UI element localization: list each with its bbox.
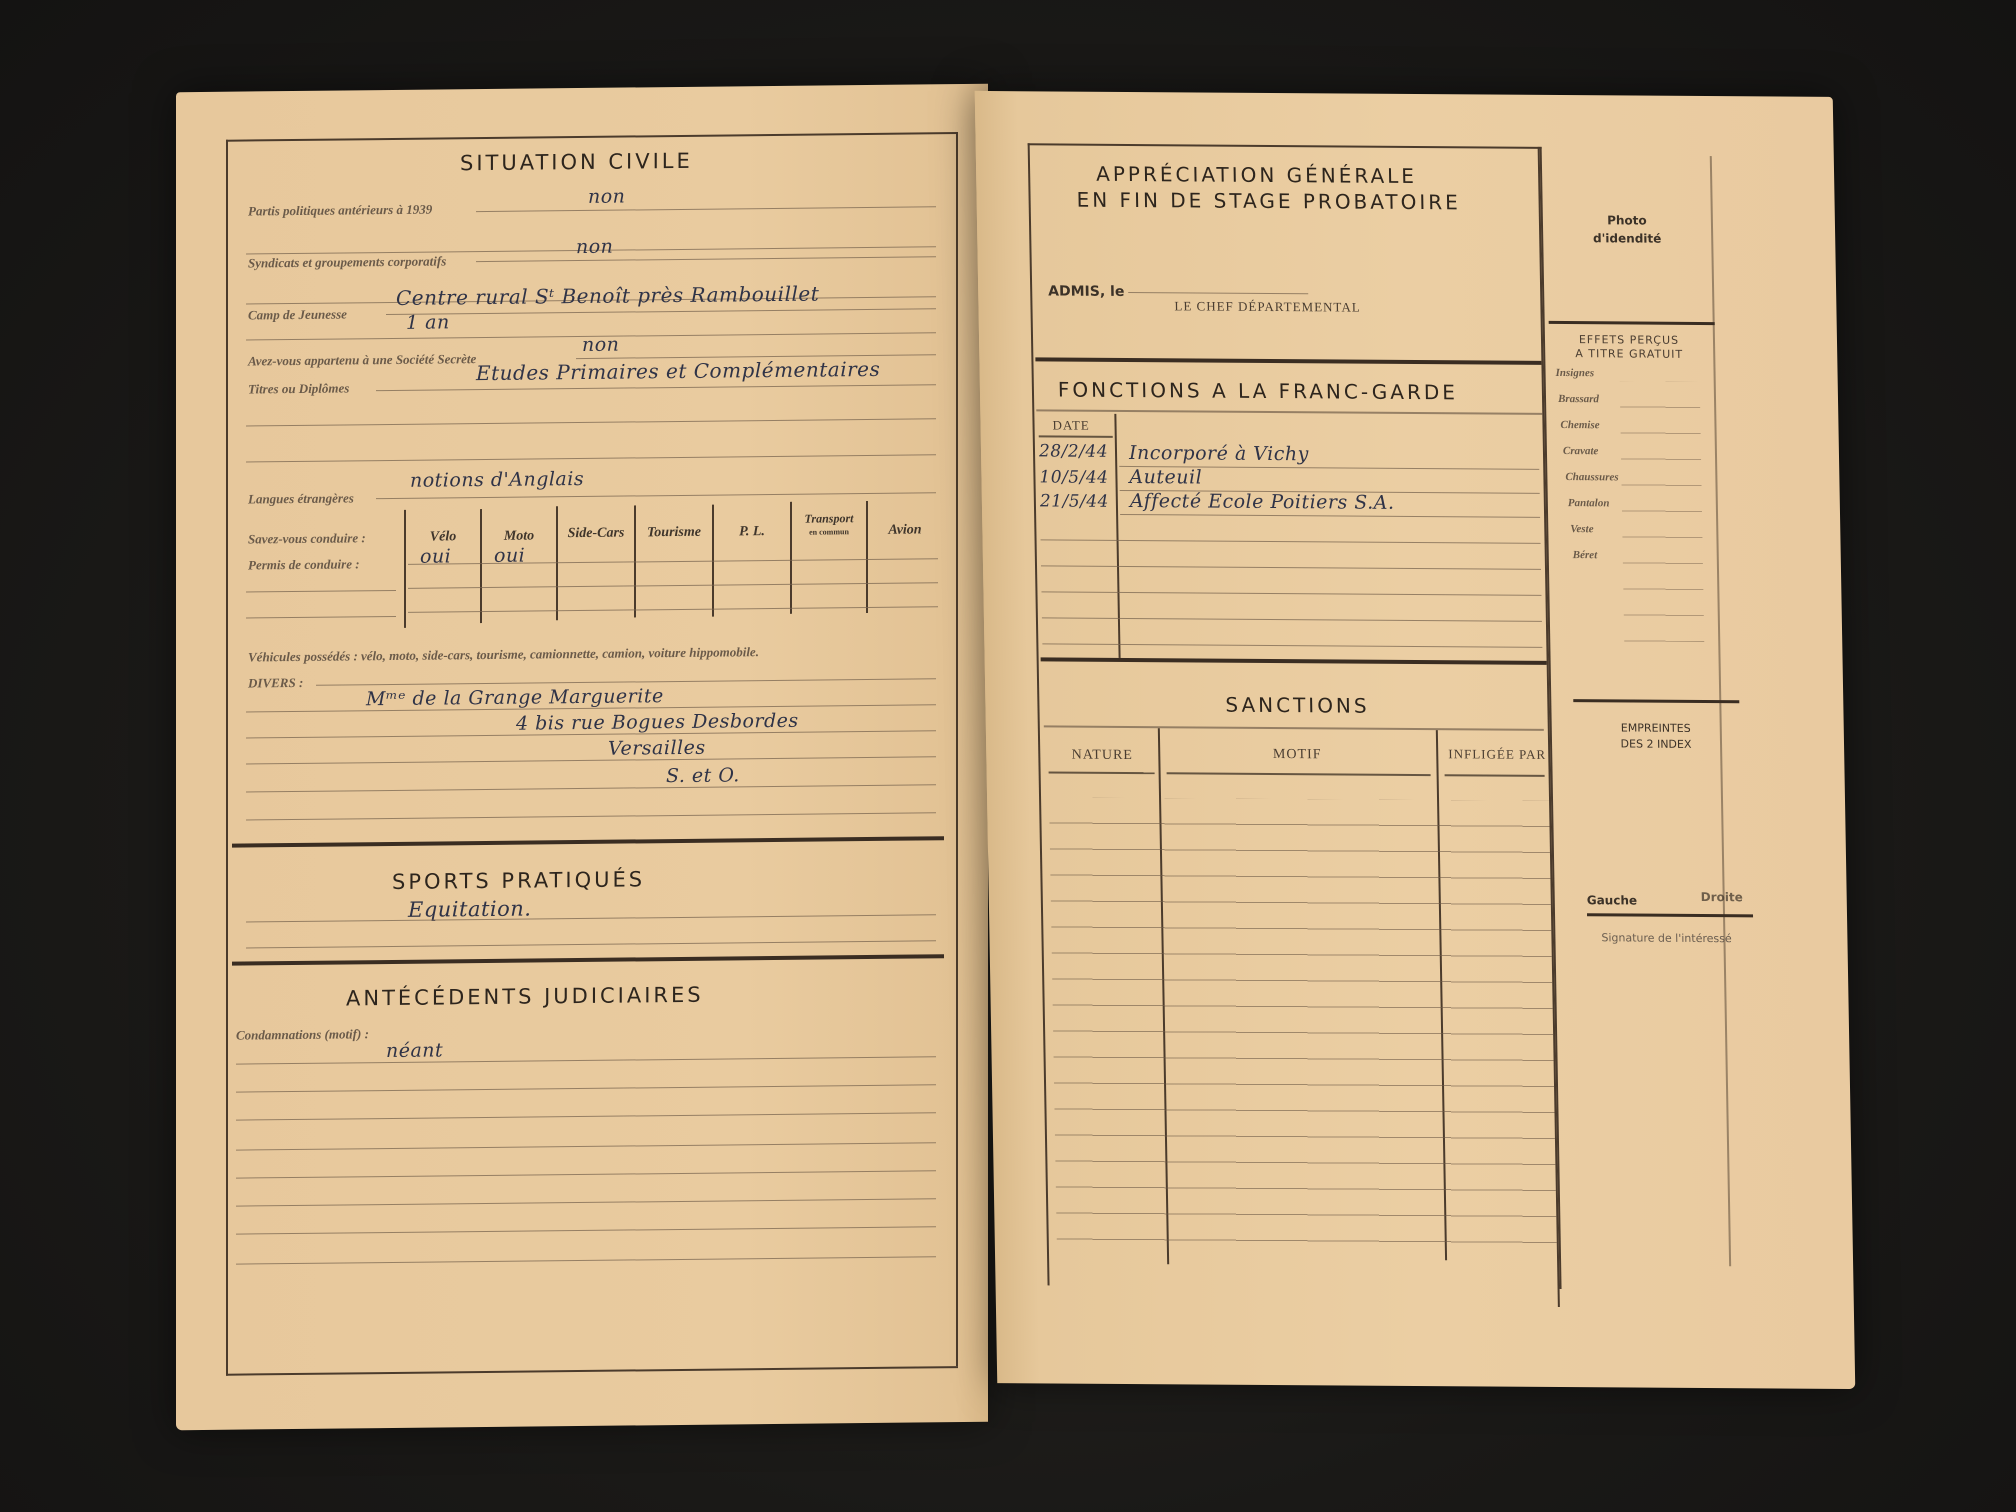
sanctions-rows (1049, 797, 1557, 1261)
empreintes-title-1: EMPREINTES (1576, 721, 1736, 735)
fonction-text-3: Affecté Ecole Poitiers S.A. (1130, 490, 1395, 514)
divers-line-4: S. et O. (666, 764, 740, 787)
driving-col-moto: Moto (482, 528, 556, 545)
antecedents-title: ANTÉCÉDENTS JUDICIAIRES (346, 983, 704, 1011)
antecedents-value: néant (386, 1039, 443, 1062)
empreintes-title-2: DES 2 INDEX (1576, 737, 1736, 751)
effet-pantalon: Pantalon (1568, 497, 1610, 509)
appreciation-title-1: APPRÉCIATION GÉNÉRALE (1096, 162, 1417, 188)
effet-beret: Béret (1573, 549, 1598, 561)
divers-line-1: Mᵐᵉ de la Grange Marguerite (366, 685, 664, 710)
fonction-date-2: 10/5/44 (1039, 467, 1108, 487)
field-label-titres: Titres ou Diplômes (248, 380, 349, 397)
appreciation-title-2: EN FIN DE STAGE PROBATOIRE (1076, 188, 1461, 215)
admis-label: ADMIS, le (1048, 283, 1124, 300)
effets-rows (1620, 381, 1705, 642)
driving-label-permis: Permis de conduire : (248, 556, 360, 573)
driving-col-velo: Vélo (406, 529, 480, 546)
effets-title-1: EFFETS PERÇUS (1549, 333, 1709, 347)
divers-line-3: Versailles (608, 737, 706, 760)
divers-label: DIVERS : (248, 675, 303, 692)
right-page: APPRÉCIATION GÉNÉRALE EN FIN DE STAGE PR… (975, 91, 1856, 1389)
empreinte-droite-label: Droite (1701, 890, 1743, 904)
field-value-langues: notions d'Anglais (410, 468, 584, 492)
driving-col-divider (480, 509, 482, 623)
field-value-camp-duration: 1 an (406, 311, 450, 333)
field-label-syndicats: Syndicats et groupements corporatifs (248, 253, 446, 271)
fonction-date-1: 28/2/44 (1039, 441, 1108, 461)
field-value-partis: non (588, 186, 625, 208)
fonction-text-2: Auteuil (1129, 466, 1202, 489)
fonctions-title: FONCTIONS A LA FRANC-GARDE (1058, 378, 1458, 405)
effet-chaussures: Chaussures (1565, 471, 1618, 483)
driving-col-divider (866, 501, 868, 613)
situation-civile-title: SITUATION CIVILE (460, 149, 693, 175)
fonctions-date-header: DATE (1052, 417, 1089, 433)
empreinte-gauche-label: Gauche (1587, 893, 1638, 907)
effet-brassard: Brassard (1558, 393, 1599, 405)
field-label-societe-secrete: Avez-vous appartenu à une Société Secrèt… (248, 351, 476, 369)
effet-chemise: Chemise (1560, 419, 1599, 431)
field-label-camp: Camp de Jeunesse (248, 306, 347, 323)
field-label-langues: Langues étrangères (248, 490, 354, 507)
left-page: SITUATION CIVILE Partis politiques antér… (176, 84, 988, 1431)
signature-label: Signature de l'intéressé (1601, 931, 1732, 945)
driving-label-savez: Savez-vous conduire : (248, 530, 366, 547)
left-frame-right-edge (956, 132, 958, 1366)
fonction-text-1: Incorporé à Vichy (1129, 442, 1309, 465)
field-label-partis: Partis politiques antérieurs à 1939 (248, 202, 432, 220)
chef-departemental-label: LE CHEF DÉPARTEMENTAL (1174, 298, 1361, 315)
effet-veste: Veste (1570, 523, 1593, 535)
sanctions-col-nature: NATURE (1054, 747, 1150, 764)
driving-col-divider (404, 510, 406, 628)
section-divider (1573, 699, 1739, 703)
field-value-titres: Etudes Primaires et Complémentaires (476, 357, 880, 385)
sanctions-title: SANCTIONS (1225, 693, 1370, 718)
antecedents-label: Condamnations (motif) : (236, 1026, 369, 1043)
field-value-syndicats: non (576, 236, 613, 258)
field-value-camp: Centre rural Sᵗ Benoît près Rambouillet (396, 282, 819, 310)
effet-cravate: Cravate (1563, 445, 1599, 457)
effet-insignes: Insignes (1555, 367, 1594, 379)
section-divider (1587, 913, 1753, 917)
sanctions-col-infligee: INFLIGÉE PAR (1442, 746, 1552, 763)
sports-title: SPORTS PRATIQUÉS (392, 867, 645, 894)
driving-col-side-cars: Side-Cars (558, 525, 634, 542)
driving-col-transport: Transport (792, 511, 866, 527)
driving-col-tourisme: Tourisme (636, 525, 712, 542)
divers-line-2: 4 bis rue Bogues Desbordes (516, 710, 799, 735)
driving-col-avion: Avion (868, 522, 942, 539)
driving-col-pl: P. L. (714, 524, 790, 541)
sanctions-col-motif: MOTIF (1162, 746, 1432, 764)
effets-title-2: A TITRE GRATUIT (1549, 347, 1709, 361)
fonction-date-3: 21/5/44 (1040, 491, 1109, 511)
driving-col-transport-sub: en commun (792, 527, 866, 537)
field-value-societe-secrete: non (582, 334, 619, 356)
